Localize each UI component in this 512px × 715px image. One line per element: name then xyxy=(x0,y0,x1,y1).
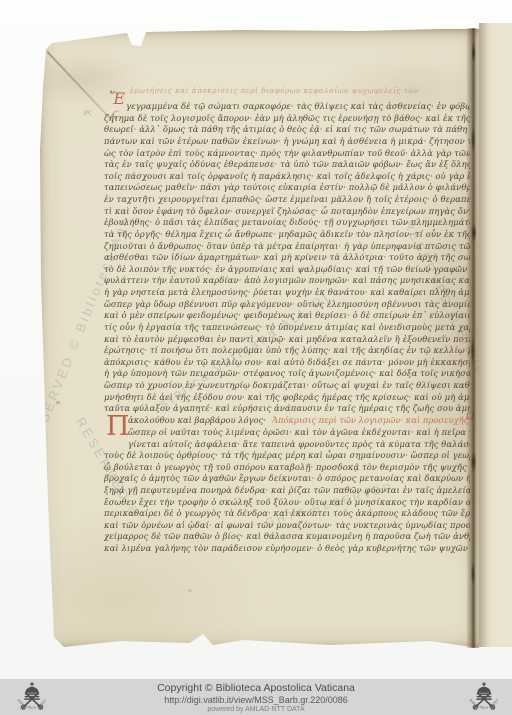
powered-by-text: powered by AMLAD-NTT DATA xyxy=(207,706,304,713)
manuscript-line: γεγραμμένα δὲ τῷ σώματι σαρκοφόρε· τὰς θ… xyxy=(104,101,470,113)
drop-initial-pi: Π xyxy=(106,413,130,440)
seal-motto-text: BIBLIOTECA APOSTOLICA VATICANA xyxy=(465,681,500,710)
manuscript-line: ὥσπερ τὸ χρυσίον ἐν χωνευτηρίῳ δοκιμάζετ… xyxy=(104,380,470,392)
manuscript-line: ζημιοῦται ὁ ἄνθρωπος· ὅταν ὑπὲρ τὰ μέτρα… xyxy=(104,241,470,253)
svg-text:BIBLIOTECA APOSTOLICA VATICANA: BIBLIOTECA APOSTOLICA VATICANA xyxy=(465,681,500,710)
vatican-library-seal-left: BIBLIOTECA APOSTOLICA VATICANA xyxy=(13,681,51,714)
manuscript-line: τὸ δὲ λοιπὸν τῆς νυκτός· ἐν ἀγρυπνίαις κ… xyxy=(104,264,470,276)
manuscript-line: ἀπόκρισις· κάθου ἐν τῷ κελλίῳ σου· καὶ α… xyxy=(104,357,470,369)
manuscript-line: ὡς τὸν ἰατρὸν ἐπὶ τοὺς κάμνοντας· πρὸς τ… xyxy=(104,148,470,160)
manuscript-line: ὥσπερ γὰρ ὕδωρ σβέννυσι πῦρ φλεγόμενον· … xyxy=(104,299,470,311)
manuscript-line: θεωρεῖ· ἀλλ᾽ ὅμως τὰ πάθη τῆς ἀτιμίας ὁ … xyxy=(104,124,470,136)
rubric-line: ἀκολούθου καὶ βαρβάρου λόγος· Ἀπόκρισις … xyxy=(128,415,470,427)
manuscript-line: περικαθαίρει δὲ ὁ γεωργὸς τὰ δένδρα· καὶ… xyxy=(104,508,470,520)
manuscript-line: ἔσωθεν ἔχει τὴν τροφὴν ὁ σκώληξ τοῦ ξύλο… xyxy=(104,497,470,509)
manuscript-line: καὶ ὁ μὲν σπείρων φειδομένως· φειδομένως… xyxy=(104,310,470,322)
foxing-speck xyxy=(188,589,192,592)
manuscript-line: τίς οὖν ἡ ἐργασία τῆς ταπεινώσεως· τὸ ὑπ… xyxy=(104,322,470,334)
copyright-text: Copyright © Biblioteca Apostolica Vatica… xyxy=(157,682,355,694)
svg-text:BIBLIOTECA APOSTOLICA VATICANA: BIBLIOTECA APOSTOLICA VATICANA xyxy=(13,681,48,710)
rubric-red-text: Ἀπόκρισις περὶ τῶν λογισμῶν· καὶ προσευχ… xyxy=(272,415,470,427)
footer-bar: BIBLIOTECA APOSTOLICA VATICANA Copyright… xyxy=(0,679,512,715)
manuscript-line: ἡ γὰρ ὑπομονὴ τῶν πειρασμῶν· στέφανος το… xyxy=(104,368,470,380)
margin-note: ρϛ xyxy=(84,108,91,116)
running-title: ἐρωτήσεις καὶ ἀποκρίσεις περὶ διαφόρων κ… xyxy=(130,87,420,95)
binding-gutter xyxy=(466,28,479,648)
manuscript-page: RESERVED © Biblioteca Apo stolica Vatica… xyxy=(38,29,479,649)
manuscript-line: τοῖς πάσχουσι καὶ τοῖς ὀρφανοῖς ἡ παράκλ… xyxy=(104,171,470,183)
facing-page-sliver xyxy=(478,23,512,647)
manuscript-line: χείμαρρος δὲ τῶν παθῶν ὁ βίος· καὶ θάλασ… xyxy=(104,531,470,543)
manuscript-line: ταπεινώσεως μαθεῖν· πᾶσι γὰρ τούτοις εὐκ… xyxy=(104,182,470,194)
manuscript-line: φυλάττειν τὴν ἑαυτοῦ καρδίαν· ἀπὸ λογισμ… xyxy=(104,275,470,287)
manuscript-line: καὶ τῶν ὀρνέων αἱ ᾠδαί· αἱ φωναὶ τῶν μον… xyxy=(104,520,470,532)
manuscript-line: ἐβουλήθης· ὁ πᾶσι τὰς ἐλπίδας μετανοίας … xyxy=(104,217,470,229)
manuscript-line: μνήσθητι δὲ ἀεὶ τῆς ἐξόδου σου· καὶ τῆς … xyxy=(104,392,470,404)
manuscript-line: τὶ καὶ ὅσον ἐφάνη τὸ ὄφελον· συνεργεῖ ζη… xyxy=(104,206,470,218)
manuscript-line: τοὺς δὲ λοιποὺς ὀρθρίους· τὰ τῆς ἡμέρας … xyxy=(104,450,470,462)
vatican-library-seal-right: BIBLIOTECA APOSTOLICA VATICANA xyxy=(465,681,503,714)
seal-motto-text: BIBLIOTECA APOSTOLICA VATICANA xyxy=(13,681,48,710)
digitization-url[interactable]: http://digi.vatlib.it/view/MSS_Barb.gr.2… xyxy=(164,695,348,705)
manuscript-line: πάντων καὶ τῶν ἑτέρων παθῶν ἐκείνων· ἡ γ… xyxy=(104,136,470,148)
paragraph-2-indented: ὥσπερ οἱ ναῦται τοὺς λιμένας ὁρῶσι· καὶ … xyxy=(128,427,470,450)
manuscript-line: ἡ γὰρ νηστεία μετὰ ἐλεημοσύνης· ῥύεται ψ… xyxy=(104,287,470,299)
manuscript-line: βροχαῖς ὁ ἀμητὸς τῶν ἀγαθῶν ἔργων δείκνυ… xyxy=(104,473,470,485)
manuscript-line: ἐν ταχυτῆτι χειρουργεῖται ἐμπαθῶς· ὥστε … xyxy=(104,194,470,206)
paragraph-2: τοὺς δὲ λοιποὺς ὀρθρίους· τὰ τῆς ἡμέρας … xyxy=(104,450,470,555)
manuscript-line: τὰ τῆς ὀργῆς· θέλημα ἔχεις ὦ ἄνθρωπε· μη… xyxy=(104,229,470,241)
manuscript-line: γίνεται αὐτοῖς ἀσφάλεια· ἅτε ταπεινὰ φρο… xyxy=(128,439,470,451)
manuscript-line: ταῦτα φύλαξον ἀγαπητέ· καὶ εὑρήσεις ἀνάπ… xyxy=(104,403,470,415)
manuscript-line: ἐρώτησις· τί ποιήσω ὅτι πολεμοῦμαι ὑπὸ τ… xyxy=(104,345,470,357)
scan-viewer-canvas: RESERVED © Biblioteca Apo stolica Vatica… xyxy=(0,0,512,715)
manuscript-line: καὶ τὸ ἑαυτὸν μέμφεσθαι ἐν παντὶ καιρῷ· … xyxy=(104,334,470,346)
paragraph-1: γεγραμμένα δὲ τῷ σώματι σαρκοφόρε· τὰς θ… xyxy=(104,101,470,415)
manuscript-line: ξηρᾷ γῇ πεφυτευμένα πονηρὰ δένδρα· καὶ ῥ… xyxy=(104,485,470,497)
manuscript-line: ᾧ βούλεται ὁ γεωργὸς τῇ τοῦ σπόρου καταβ… xyxy=(104,462,470,474)
manuscript-line: καὶ λιμένα γαλήνης τὸν παράδεισον εὑρήσο… xyxy=(104,543,470,555)
manuscript-line: αἰσθέσθαι τῶν ἰδίων ἁμαρτημάτων· καὶ μὴ … xyxy=(104,252,470,264)
manuscript-line: ζήτημα δὲ τοῖς λογισμοῖς ἄπορον· ἐὰν μὴ … xyxy=(104,113,470,125)
manuscript-line: τὰς ἐν ταῖς ψυχαῖς ὀδύνας ἐθεράπευσε· τὰ… xyxy=(104,159,470,171)
rubric-black-text: ἀκολούθου καὶ βαρβάρου λόγος· xyxy=(128,415,266,427)
manuscript-line: ὥσπερ οἱ ναῦται τοὺς λιμένας ὁρῶσι· καὶ … xyxy=(128,427,470,439)
